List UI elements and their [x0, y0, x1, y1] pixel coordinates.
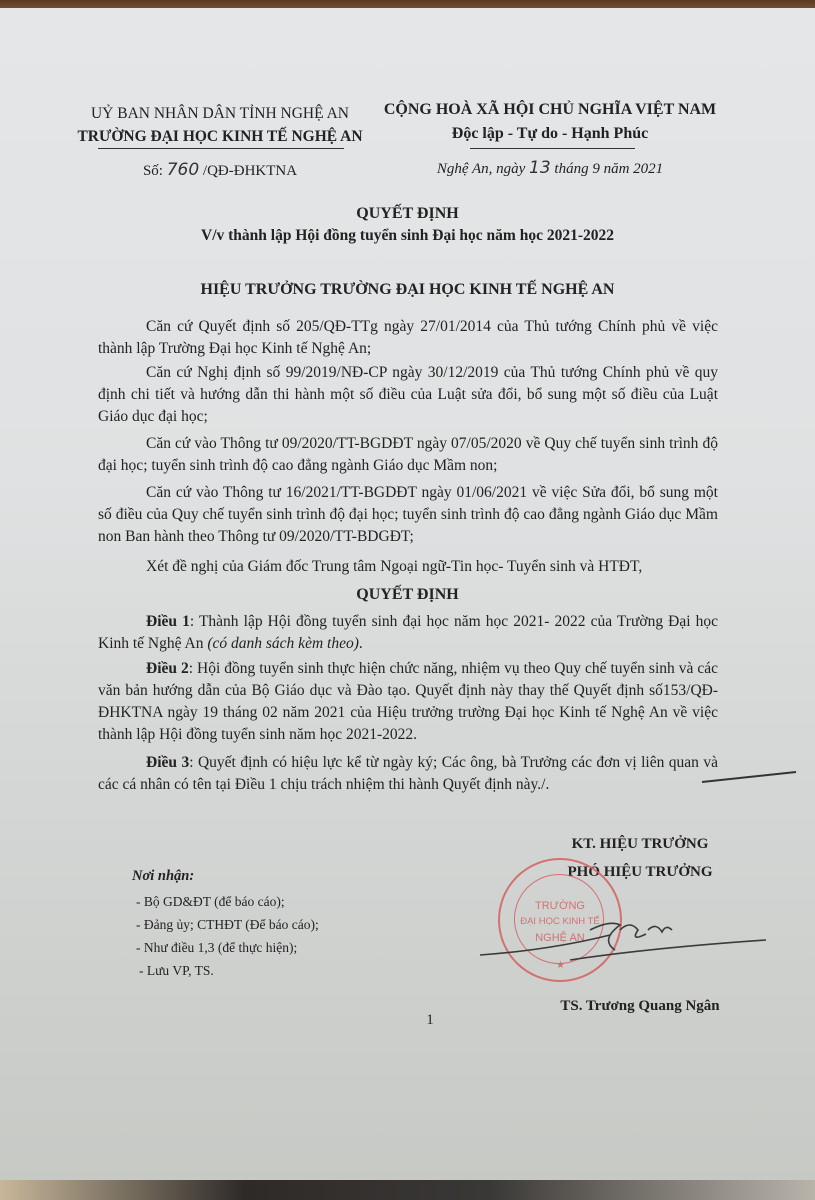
recipient-item: - Bộ GD&ĐT (để báo cáo);: [136, 890, 319, 913]
article-3: Điều 3: Quyết định có hiệu lực kể từ ngà…: [98, 752, 718, 796]
article-label: Điều 2: [146, 660, 189, 677]
number-prefix: Số:: [143, 163, 163, 179]
document-heading: QUYẾT ĐỊNH: [0, 205, 815, 223]
desk-edge: [0, 1180, 815, 1200]
signer-name: TS. Trương Quang Ngân: [520, 998, 760, 1015]
recipient-item: - Đảng ủy; CTHĐT (Để báo cáo);: [136, 913, 319, 936]
issue-date: Nghệ An, ngày 13 tháng 9 năm 2021: [375, 158, 725, 178]
document-number: Số: 760 /QĐ-ĐHKTNA: [70, 160, 370, 180]
preamble-item: Xét đề nghị của Giám đốc Trung tâm Ngoại…: [98, 556, 718, 578]
article-note: (có danh sách kèm theo): [207, 635, 359, 652]
issuer-school: TRƯỜNG ĐẠI HỌC KINH TẾ NGHỆ AN: [70, 128, 370, 146]
issuer-underline: [98, 148, 344, 149]
number-suffix: /QĐ-ĐHKTNA: [203, 163, 297, 179]
handwritten-signature: [470, 900, 770, 970]
pen-stroke: [700, 770, 800, 790]
preamble-item: Căn cứ Nghị định số 99/2019/NĐ-CP ngày 3…: [98, 362, 718, 428]
motto-underline: [470, 148, 635, 149]
recipients-title: Nơi nhận:: [132, 868, 194, 885]
article-label: Điều 1: [146, 613, 190, 630]
article-2: Điều 2: Hội đồng tuyển sinh thực hiện ch…: [98, 658, 718, 746]
decision-heading: QUYẾT ĐỊNH: [0, 586, 815, 604]
date-suffix: tháng 9 năm 2021: [554, 161, 663, 177]
article-1: Điều 1: Thành lập Hội đồng tuyển sinh đạ…: [98, 611, 718, 655]
page-number: 1: [380, 1012, 480, 1029]
date-prefix: Nghệ An, ngày: [437, 161, 525, 177]
article-text: : Hội đồng tuyển sinh thực hiện chức năn…: [98, 660, 718, 743]
date-day-handwritten: 13: [529, 158, 551, 178]
recipients-title-text: Nơi nhận: [132, 868, 189, 884]
article-label: Điều 3: [146, 754, 189, 771]
authority-heading: HIỆU TRƯỞNG TRƯỜNG ĐẠI HỌC KINH TẾ NGHỆ …: [0, 281, 815, 299]
nation-title: CỘNG HOÀ XÃ HỘI CHỦ NGHĨA VIỆT NAM: [375, 101, 725, 119]
nation-motto: Độc lập - Tự do - Hạnh Phúc: [375, 125, 725, 143]
document-subject: V/v thành lập Hội đồng tuyển sinh Đại họ…: [0, 227, 815, 245]
issuer-province: UỶ BAN NHÂN DÂN TỈNH NGHỆ AN: [70, 105, 370, 123]
article-text: : Thành lập Hội đồng tuyển sinh đại học …: [98, 613, 718, 652]
recipients-list: - Bộ GD&ĐT (để báo cáo); - Đảng ủy; CTHĐ…: [136, 890, 319, 982]
article-text: : Quyết định có hiệu lực kể từ ngày ký; …: [98, 754, 718, 793]
recipient-item: - Như điều 1,3 (để thực hiện);: [136, 936, 319, 959]
number-handwritten: 760: [167, 160, 199, 180]
signature-title: KT. HIỆU TRƯỞNG: [520, 836, 760, 853]
article-tail: .: [359, 635, 363, 652]
preamble-item: Căn cứ vào Thông tư 16/2021/TT-BGDĐT ngà…: [98, 482, 718, 548]
recipient-item: - Lưu VP, TS.: [136, 959, 319, 982]
preamble-item: Căn cứ Quyết định số 205/QĐ-TTg ngày 27/…: [98, 316, 718, 360]
preamble-item: Căn cứ vào Thông tư 09/2020/TT-BGDĐT ngà…: [98, 433, 718, 477]
